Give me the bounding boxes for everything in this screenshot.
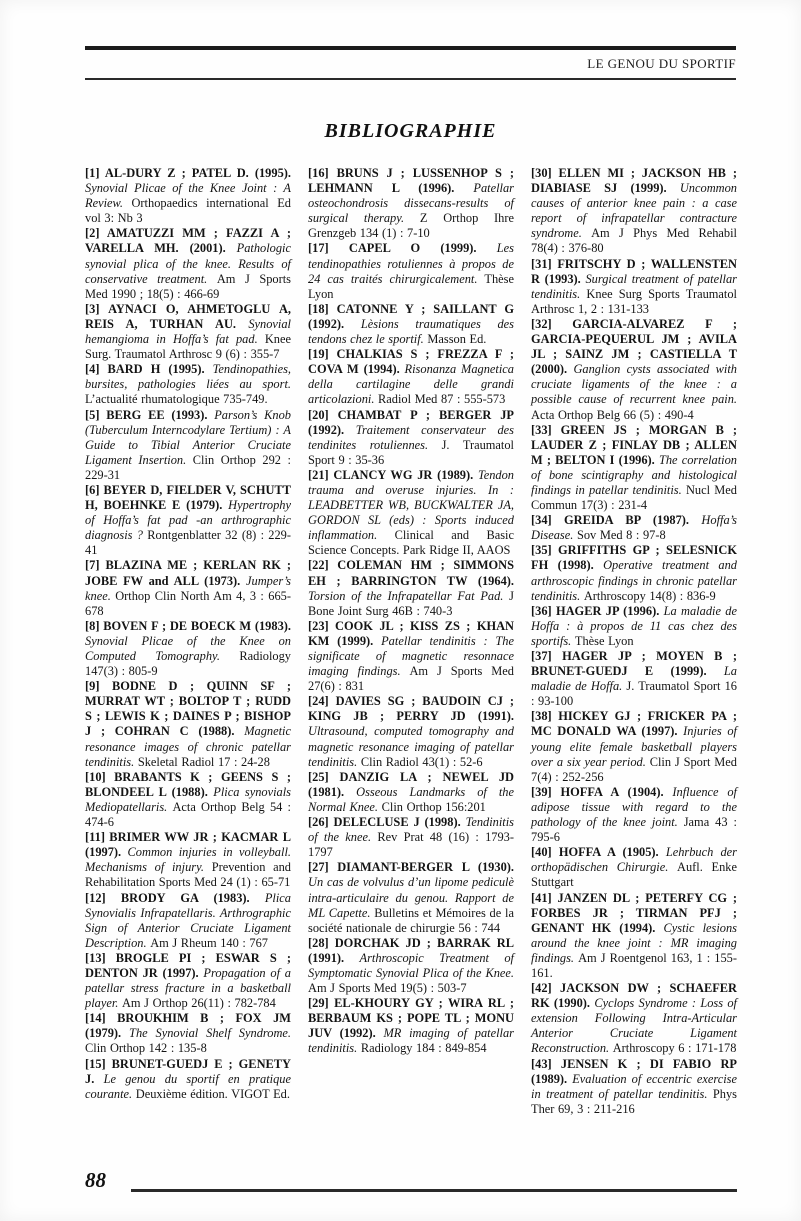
bib-entry-authors: [4] BARD H (1995). (85, 362, 213, 376)
bib-entry: [37] HAGER JP ; MOYEN B ; BRUNET-GUEDJ E… (531, 649, 737, 709)
page-title: BIBLIOGRAPHIE (85, 120, 736, 143)
bib-entry-source: Sov Med 8 : 97-8 (577, 528, 666, 542)
bib-entry-source: Am J Rheum 140 : 767 (150, 936, 268, 950)
bib-entry-source: L’actualité rhumatologique 735-749. (85, 392, 268, 406)
bib-entry-title: The Synovial Shelf Syndrome. (129, 1026, 291, 1040)
bib-entry: [26] DELECLUSE J (1998). Tendinitis of t… (308, 815, 514, 860)
bib-entry-source: Arthroscopy 6 : 171-178 (613, 1041, 737, 1055)
bib-entry: [10] BRABANTS K ; GEENS S ; BLONDEEL L (… (85, 770, 291, 830)
bib-entry: [17] CAPEL O (1999). Les tendinopathies … (308, 241, 514, 301)
bib-entry-source: Clin Orthop 156:201 (382, 800, 486, 814)
bib-entry: [8] BOVEN F ; DE BOECK M (1983). Synovia… (85, 619, 291, 679)
bib-entry: [18] CATONNE Y ; SAILLANT G (1992). Lèsi… (308, 302, 514, 347)
bib-entry: [20] CHAMBAT P ; BERGER JP (1992). Trait… (308, 408, 514, 468)
bib-entry: [13] BROGLE PI ; ESWAR S ; DENTON JR (19… (85, 951, 291, 1011)
bib-entry-source: Skeletal Radiol 17 : 24-28 (138, 755, 270, 769)
bib-entry: [28] DORCHAK JD ; BARRAK RL (1991). Arth… (308, 936, 514, 996)
header-divider (85, 78, 736, 80)
bib-entry: [32] GARCIA-ALVAREZ F ; GARCIA-PEQUERUL … (531, 317, 737, 423)
bib-entry: [43] JENSEN K ; DI FABIO RP (1989). Eval… (531, 1057, 737, 1117)
bib-entry-source: Acta Orthop Belg 66 (5) : 490-4 (531, 408, 694, 422)
bib-entry: [21] CLANCY WG JR (1989). Tendon trauma … (308, 468, 514, 559)
bib-entry: [14] BROUKHIM B ; FOX JM (1979). The Syn… (85, 1011, 291, 1056)
bib-entry: [31] FRITSCHY D ; WALLENSTEN R (1993). S… (531, 257, 737, 317)
bib-entry: [3] AYNACI O, AHMETOGLU A, REIS A, TURHA… (85, 302, 291, 362)
bib-entry-source: Deuxième édition. VIGOT Ed. (136, 1087, 290, 1101)
top-rule (85, 46, 736, 50)
bib-entry-authors: [37] HAGER JP ; MOYEN B ; BRUNET-GUEDJ E… (531, 649, 737, 678)
bib-entry-source: Orthop Clin North Am 4, 3 : 665-678 (85, 589, 291, 618)
bib-entry: [1] AL-DURY Z ; PATEL D. (1995). Synovia… (85, 166, 291, 226)
bib-entry-source: Arthroscopy 14(8) : 836-9 (584, 589, 716, 603)
document-page: LE GENOU DU SPORTIF BIBLIOGRAPHIE [1] AL… (0, 0, 801, 1221)
bib-entry-authors: [17] CAPEL O (1999). (308, 241, 497, 255)
bib-entry-source: Am J Orthop 26(11) : 782-784 (122, 996, 276, 1010)
bib-entry-title: Torsion of the Infrapatellar Fat Pad. (308, 589, 509, 603)
bib-entry: [9] BODNE D ; QUINN SF ; MURRAT WT ; BOL… (85, 679, 291, 770)
bibliography-column-2: [16] BRUNS J ; LUSSENHOP S ; LEHMANN L (… (308, 166, 514, 1117)
bib-entry-source: Clin Orthop 142 : 135-8 (85, 1041, 207, 1055)
bib-entry: [39] HOFFA A (1904). Influence of adipos… (531, 785, 737, 845)
bib-entry-authors: [24] DAVIES SG ; BAUDOIN CJ ; KING JB ; … (308, 694, 514, 723)
bib-entry: [7] BLAZINA ME ; KERLAN RK ; JOBE FW and… (85, 558, 291, 618)
bib-entry-source: Radiology 184 : 849-854 (361, 1041, 487, 1055)
bib-entry: [12] BRODY GA (1983). Plica Synovialis I… (85, 891, 291, 951)
bib-entry: [29] EL-KHOURY GY ; WIRA RL ; BERBAUM KS… (308, 996, 514, 1056)
bib-entry-authors: [8] BOVEN F ; DE BOECK M (1983). (85, 619, 291, 633)
bib-entry: [11] BRIMER WW JR ; KACMAR L (1997). Com… (85, 830, 291, 890)
bib-entry: [35] GRIFFITHS GP ; SELESNICK FH (1998).… (531, 543, 737, 603)
bib-entry: [41] JANZEN DL ; PETERFY CG ; FORBES JR … (531, 891, 737, 982)
running-header: LE GENOU DU SPORTIF (85, 56, 736, 72)
bib-entry-authors: [27] DIAMANT-BERGER L (1930). (308, 860, 514, 874)
bib-entry: [42] JACKSON DW ; SCHAEFER RK (1990). Cy… (531, 981, 737, 1056)
bib-entry: [5] BERG EE (1993). Parson’s Knob (Tuber… (85, 408, 291, 483)
bib-entry: [40] HOFFA A (1905). Lehrbuch der orthop… (531, 845, 737, 890)
bib-entry-authors: [26] DELECLUSE J (1998). (308, 815, 466, 829)
bib-entry-authors: [12] BRODY GA (1983). (85, 891, 265, 905)
bib-entry: [2] AMATUZZI MM ; FAZZI A ; VARELLA MH. … (85, 226, 291, 301)
bib-entry: [16] BRUNS J ; LUSSENHOP S ; LEHMANN L (… (308, 166, 514, 241)
bib-entry: [24] DAVIES SG ; BAUDOIN CJ ; KING JB ; … (308, 694, 514, 769)
bib-entry: [23] COOK JL ; KISS ZS ; KHAN KM (1999).… (308, 619, 514, 694)
bib-entry-authors: [22] COLEMAN HM ; SIMMONS EH ; BARRINGTO… (308, 558, 514, 587)
bib-entry-authors: [1] AL-DURY Z ; PATEL D. (1995). (85, 166, 291, 180)
bib-entry: [30] ELLEN MI ; JACKSON HB ; DIABIASE SJ… (531, 166, 737, 257)
bib-entry-authors: [5] BERG EE (1993). (85, 408, 214, 422)
bib-entry-source: Radiol Med 87 : 555-573 (378, 392, 505, 406)
bib-entry-authors: [40] HOFFA A (1905). (531, 845, 666, 859)
bib-entry-authors: [21] CLANCY WG JR (1989). (308, 468, 478, 482)
bib-entry: [4] BARD H (1995). Tendinopathies, bursi… (85, 362, 291, 407)
bib-entry: [19] CHALKIAS S ; FREZZA F ; COVA M (199… (308, 347, 514, 407)
bib-entry: [38] HICKEY GJ ; FRICKER PA ; MC DONALD … (531, 709, 737, 784)
bibliography: [1] AL-DURY Z ; PATEL D. (1995). Synovia… (85, 166, 737, 1117)
bib-entry-authors: [39] HOFFA A (1904). (531, 785, 672, 799)
bib-entry: [15] BRUNET-GUEDJ E ; GENETY J. Le genou… (85, 1057, 291, 1102)
bib-entry: [36] HAGER JP (1996). La maladie de Hoff… (531, 604, 737, 649)
bib-entry: [22] COLEMAN HM ; SIMMONS EH ; BARRINGTO… (308, 558, 514, 618)
bib-entry: [25] DANZIG LA ; NEWEL JD (1981). Osseou… (308, 770, 514, 815)
footer-rule (131, 1189, 737, 1192)
bib-entry: [34] GREIDA BP (1987). Hoffa’s Disease. … (531, 513, 737, 543)
bib-entry: [33] GREEN JS ; MORGAN B ; LAUDER Z ; FI… (531, 423, 737, 514)
bib-entry-source: Clin Radiol 43(1) : 52-6 (361, 755, 483, 769)
bib-entry-source: Am J Sports Med 19(5) : 503-7 (308, 981, 467, 995)
bib-entry-source: Masson Ed. (427, 332, 486, 346)
bibliography-column-1: [1] AL-DURY Z ; PATEL D. (1995). Synovia… (85, 166, 291, 1117)
bibliography-column-3: [30] ELLEN MI ; JACKSON HB ; DIABIASE SJ… (531, 166, 737, 1117)
bib-entry: [6] BEYER D, FIELDER V, SCHUTT H, BOEHNK… (85, 483, 291, 558)
bib-entry: [27] DIAMANT-BERGER L (1930). Un cas de … (308, 860, 514, 935)
page-number: 88 (85, 1168, 106, 1193)
bib-entry-source: Thèse Lyon (575, 634, 634, 648)
bib-entry-authors: [34] GREIDA BP (1987). (531, 513, 701, 527)
bib-entry-authors: [36] HAGER JP (1996). (531, 604, 664, 618)
